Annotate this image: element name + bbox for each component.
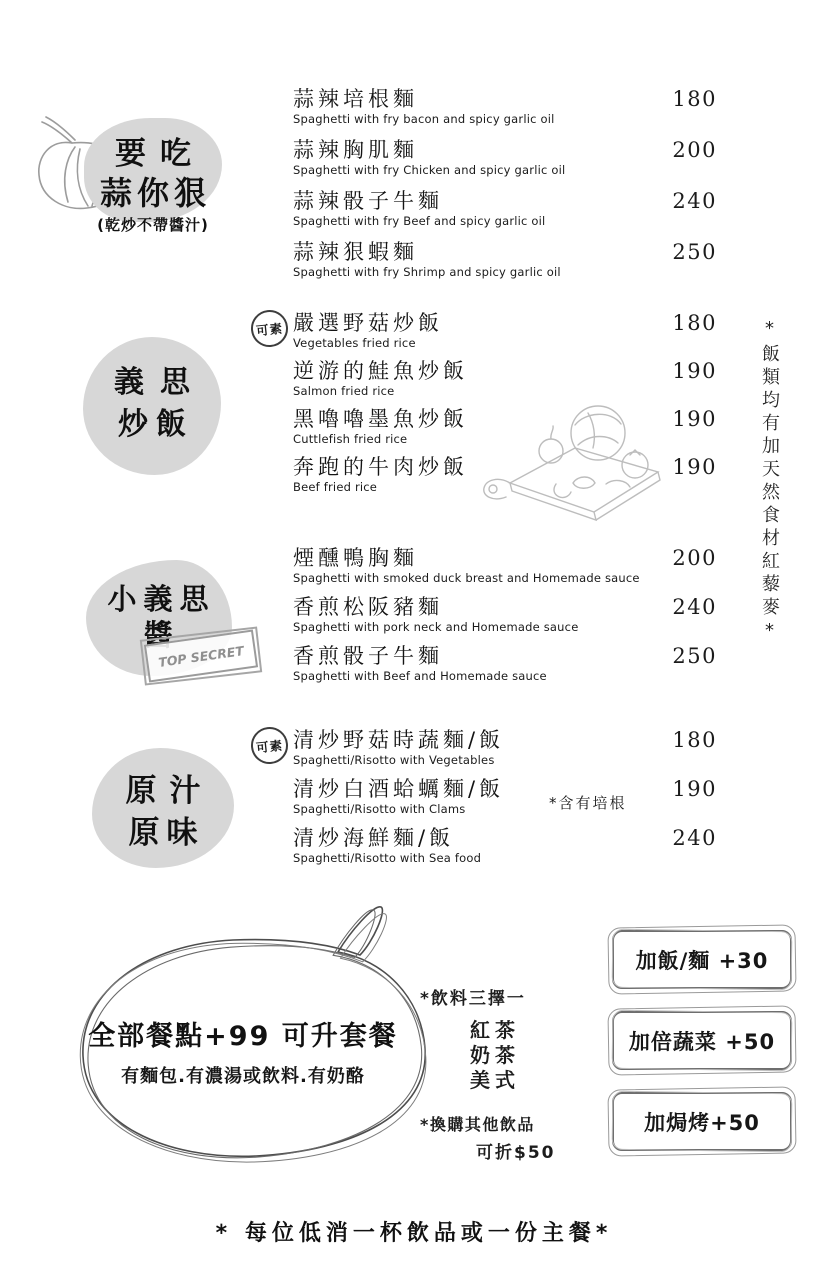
combo-headline: 全部餐點+99 可升套餐 (68, 1014, 418, 1053)
item-name-en: Spaghetti with fry Beef and spicy garlic… (293, 214, 721, 228)
item-price: 240 (672, 189, 717, 213)
item-name-zh: 煙醺鴨胸麵 (293, 545, 721, 571)
section-title: 炒飯 (83, 399, 221, 443)
item-name-zh: 香煎骰子牛麵 (293, 643, 721, 669)
item-name-zh: 香煎松阪豬麵 (293, 594, 721, 620)
item-price: 200 (672, 546, 717, 570)
section-title: 蒜你狠 (78, 168, 228, 214)
combo-drinks: *飲料三擇一 紅茶 奶茶 美式 *換購其他飲品 可折$50 (420, 984, 635, 1163)
drink-options: 紅茶 奶茶 美式 (420, 1018, 635, 1093)
item-price: 190 (672, 455, 717, 479)
menu-item: 清炒白酒蛤蠣麵/飯 Spaghetti/Risotto with Clams *… (293, 776, 721, 825)
item-name-zh: 清炒海鮮麵/飯 (293, 825, 721, 851)
rice-quinoa-note: *飯類均有加天然食材紅藜麥* (756, 318, 782, 686)
item-name-en: Spaghetti with fry Shrimp and spicy garl… (293, 265, 721, 279)
item-name-zh: 蒜辣培根麵 (293, 86, 721, 112)
drink-choice-title: *飲料三擇一 (420, 984, 635, 1009)
item-price: 200 (672, 138, 717, 162)
item-price: 190 (672, 777, 717, 801)
section-items-fried-rice: 可素 嚴選野菇炒飯 Vegetables fried rice 180 逆游的鮭… (293, 310, 721, 502)
item-name-en: Spaghetti with fry bacon and spicy garli… (293, 112, 721, 126)
item-price: 180 (672, 728, 717, 752)
item-name-en: Spaghetti/Risotto with Clams (293, 802, 721, 816)
item-price: 250 (672, 644, 717, 668)
drink-option: 美式 (470, 1068, 635, 1093)
section-title: 小義思 (78, 577, 238, 618)
bacon-note: *含有培根 (549, 792, 627, 813)
menu-item: 黑嚕嚕墨魚炒飯 Cuttlefish fried rice 190 (293, 406, 721, 454)
menu-item: 清炒海鮮麵/飯 Spaghetti/Risotto with Sea food … (293, 825, 721, 874)
menu-item: 香煎骰子牛麵 Spaghetti with Beef and Homemade … (293, 643, 721, 692)
item-price: 180 (672, 87, 717, 111)
item-name-en: Vegetables fried rice (293, 336, 721, 350)
minimum-charge-note: * 每位低消一杯飲品或一份主餐* (0, 1216, 828, 1247)
item-name-zh: 蒜辣胸肌麵 (293, 137, 721, 163)
item-price: 180 (672, 311, 717, 335)
vegetarian-badge: 可素 (249, 308, 290, 349)
menu-item: 蒜辣骰子牛麵 Spaghetti with fry Beef and spicy… (293, 188, 721, 239)
menu-item: 蒜辣胸肌麵 Spaghetti with fry Chicken and spi… (293, 137, 721, 188)
menu-item: 蒜辣培根麵 Spaghetti with fry bacon and spicy… (293, 86, 721, 137)
section-title: 義思 (83, 357, 221, 401)
section-subtitle: (乾炒不帶醬汁) (64, 214, 242, 235)
item-name-en: Spaghetti with smoked duck breast and Ho… (293, 571, 721, 585)
menu-item: 香煎松阪豬麵 Spaghetti with pork neck and Home… (293, 594, 721, 643)
addon-rice-noodle: 加飯/麵 +30 (612, 930, 792, 989)
item-name-zh: 逆游的鮭魚炒飯 (293, 358, 721, 384)
item-price: 190 (672, 359, 717, 383)
item-price: 240 (672, 595, 717, 619)
item-name-en: Spaghetti with pork neck and Homemade sa… (293, 620, 721, 634)
item-name-en: Cuttlefish fried rice (293, 432, 721, 446)
item-name-en: Spaghetti with Beef and Homemade sauce (293, 669, 721, 683)
menu-item: 煙醺鴨胸麵 Spaghetti with smoked duck breast … (293, 545, 721, 594)
item-price: 190 (672, 407, 717, 431)
item-name-en: Salmon fried rice (293, 384, 721, 398)
section-title: 要吃 (84, 128, 222, 173)
item-name-zh: 奔跑的牛肉炒飯 (293, 454, 721, 480)
menu-item: 蒜辣狠蝦麵 Spaghetti with fry Shrimp and spic… (293, 239, 721, 290)
item-price: 250 (672, 240, 717, 264)
item-name-zh: 嚴選野菇炒飯 (293, 310, 721, 336)
item-name-en: Spaghetti/Risotto with Sea food (293, 851, 721, 865)
addon-gratin: 加焗烤+50 (612, 1092, 792, 1151)
item-name-en: Beef fried rice (293, 480, 721, 494)
menu-item: 可素 清炒野菇時蔬麵/飯 Spaghetti/Risotto with Vege… (293, 727, 721, 776)
menu-page: 要吃 蒜你狠 (乾炒不帶醬汁) 蒜辣培根麵 Spaghetti with fry… (0, 0, 828, 1286)
section-items-original: 可素 清炒野菇時蔬麵/飯 Spaghetti/Risotto with Vege… (293, 727, 721, 874)
section-title: 原汁 (92, 765, 234, 810)
section-title: 原味 (92, 807, 234, 852)
item-name-zh: 清炒野菇時蔬麵/飯 (293, 727, 721, 753)
section-items-garlic: 蒜辣培根麵 Spaghetti with fry bacon and spicy… (293, 86, 721, 290)
item-name-zh: 蒜辣骰子牛麵 (293, 188, 721, 214)
menu-item: 可素 嚴選野菇炒飯 Vegetables fried rice 180 (293, 310, 721, 358)
section-items-house-sauce: 煙醺鴨胸麵 Spaghetti with smoked duck breast … (293, 545, 721, 692)
menu-item: 逆游的鮭魚炒飯 Salmon fried rice 190 (293, 358, 721, 406)
item-name-zh: 蒜辣狠蝦麵 (293, 239, 721, 265)
menu-item: 奔跑的牛肉炒飯 Beef fried rice 190 (293, 454, 721, 502)
combo-subline: 有麵包.有濃湯或飲料.有奶酪 (60, 1062, 426, 1088)
addon-boxes: 加飯/麵 +30 加倍蔬菜 +50 加焗烤+50 (612, 930, 792, 1173)
item-price: 240 (672, 826, 717, 850)
top-secret-stamp: TOP SECRET (144, 630, 258, 683)
addon-double-veg: 加倍蔬菜 +50 (612, 1011, 792, 1070)
item-name-en: Spaghetti with fry Chicken and spicy gar… (293, 163, 721, 177)
item-name-zh: 黑嚕嚕墨魚炒飯 (293, 406, 721, 432)
item-name-zh: 清炒白酒蛤蠣麵/飯 (293, 776, 721, 802)
item-name-en: Spaghetti/Risotto with Vegetables (293, 753, 721, 767)
vegetarian-badge: 可素 (249, 725, 290, 766)
drink-swap-note: *換購其他飲品 (420, 1112, 635, 1135)
